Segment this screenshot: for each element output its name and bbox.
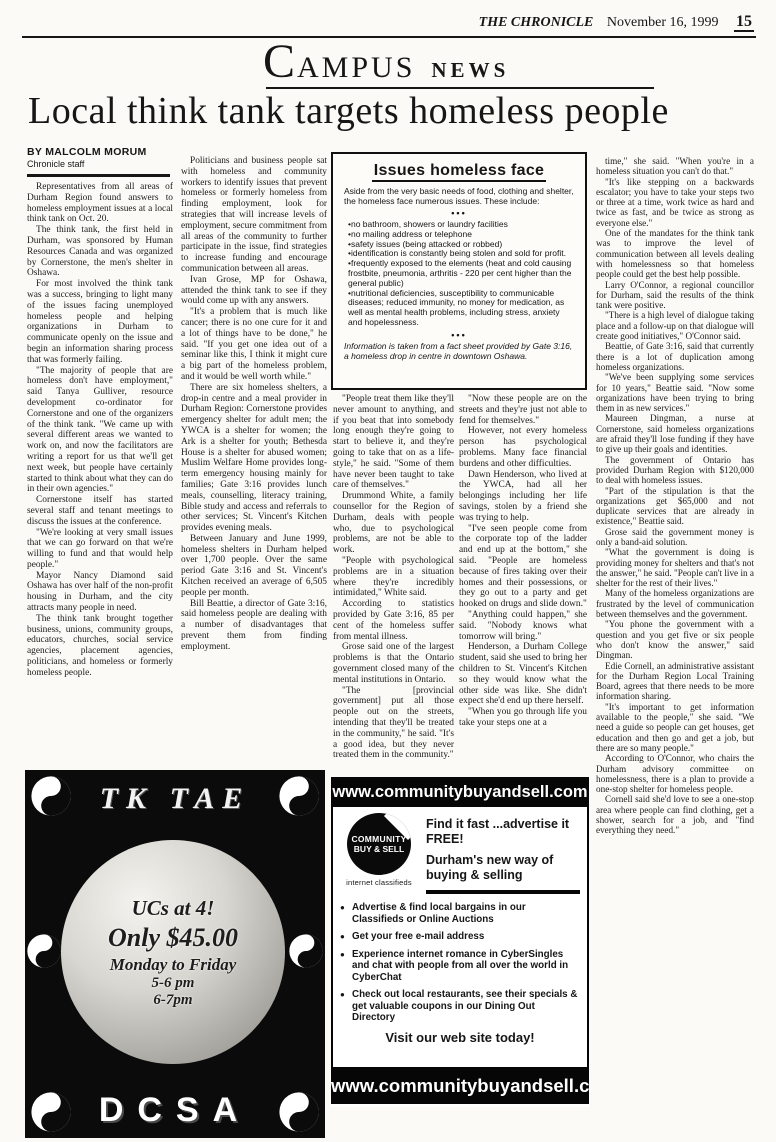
issues-box-intro: Aside from the very basic needs of food,… <box>344 186 574 206</box>
ad-bullet: Get your free e-mail address <box>340 931 580 943</box>
dcsa-ad-title: TK TAE <box>25 782 325 816</box>
ad-url-banner-top: www.communitybuyandsell.com <box>331 777 589 807</box>
communitybuyandsell-ad: www.communitybuyandsell.com COMMUNITY BU… <box>331 777 589 1107</box>
paragraph: According to statistics provided by Gate… <box>333 599 454 642</box>
paper-name: THE CHRONICLE <box>479 15 594 30</box>
paragraph: According to O'Connor, who chairs the Du… <box>596 753 754 794</box>
paragraph: Representatives from all areas of Durham… <box>27 182 173 225</box>
logo-caption: internet classifieds <box>340 878 418 887</box>
paragraph: There are six homeless shelters, a drop-… <box>181 383 327 534</box>
article-column-4: "Now these people are on the streets and… <box>459 394 587 766</box>
paragraph: "There is a high level of dialogue takin… <box>596 310 754 341</box>
paragraph: Mayor Nancy Diamond said Oshawa has over… <box>27 571 173 614</box>
masthead-rule <box>266 87 654 89</box>
paragraph: Cornell said she'd love to see a one-sto… <box>596 794 754 835</box>
ad-body: COMMUNITY BUY & SELL internet classified… <box>331 807 589 1067</box>
issue-date: November 16, 1999 <box>607 15 719 30</box>
paragraph: Larry O'Connor, a regional councillor fo… <box>596 280 754 311</box>
dcsa-ad-circle: UCs at 4!Only $45.00Monday to Friday5-6 … <box>61 840 285 1064</box>
byline-role: Chronicle staff <box>27 159 147 169</box>
paragraph: Henderson, a Durham College student, sai… <box>459 642 587 707</box>
paragraph: Many of the homeless organizations are f… <box>596 588 754 619</box>
section-word: AMPUS <box>297 51 415 84</box>
paragraph: For most involved the think tank was a s… <box>27 279 173 365</box>
paragraph: "Part of the stipulation is that the org… <box>596 486 754 527</box>
issues-divider: ••• <box>342 208 576 218</box>
paragraph: Grose said the government money is only … <box>596 527 754 548</box>
section-word-news: NEWS <box>431 58 509 82</box>
paragraph: Dawn Henderson, who lived at the YWCA, h… <box>459 470 587 524</box>
paragraph: "Anything could happen," she said. "Nobo… <box>459 610 587 642</box>
ad-headline-rule <box>426 890 580 894</box>
paragraph: "We're looking at very small issues that… <box>27 528 173 571</box>
header-rule <box>22 36 756 38</box>
paragraph: Bill Beattie, a director of Gate 3:16, s… <box>181 599 327 653</box>
paragraph: The think tank brought together business… <box>27 614 173 679</box>
byline-author: BY MALCOLM MORUM <box>27 146 147 158</box>
ad-headline-1: Find it fast ...advertise it FREE! <box>426 817 580 847</box>
paragraph: "I've seen people come from the corporat… <box>459 524 587 610</box>
paragraph: However, not every homeless person has p… <box>459 426 587 469</box>
page-header: THE CHRONICLE November 16, 1999 15 <box>479 13 754 31</box>
paragraph: Edie Cornell, an administrative assistan… <box>596 661 754 702</box>
article-column-2: Politicians and business people sat with… <box>181 156 327 766</box>
yin-yang-icon <box>27 934 61 968</box>
paragraph: "You phone the government with a questio… <box>596 619 754 660</box>
paragraph: "The majority of people that are homeles… <box>27 366 173 496</box>
newspaper-page: THE CHRONICLE November 16, 1999 15 CAMPU… <box>0 0 776 1142</box>
issues-sidebar-box: Issues homeless face Aside from the very… <box>331 152 587 390</box>
paragraph: The government of Ontario has provided D… <box>596 455 754 486</box>
ad-bullet-list: Advertise & find local bargains in our C… <box>340 902 580 1024</box>
dcsa-circle-line: Only $45.00 <box>108 923 238 953</box>
paragraph: "When you go through life you take your … <box>459 707 587 729</box>
dcsa-circle-line: 6-7pm <box>153 992 192 1009</box>
dcsa-org-name: DCSA <box>25 1091 325 1130</box>
paragraph: "Now these people are on the streets and… <box>459 394 587 426</box>
ad-headlines: Find it fast ...advertise it FREE! Durha… <box>418 813 580 894</box>
dcsa-circle-line: UCs at 4! <box>132 896 215 921</box>
byline-rule <box>27 174 170 177</box>
paragraph: "It's like stepping on a backwards escal… <box>596 177 754 228</box>
ad-bullet: Advertise & find local bargains in our C… <box>340 902 580 925</box>
article-column-1: Representatives from all areas of Durham… <box>27 182 173 766</box>
issues-bullet: •nutritional deficiencies, susceptibilit… <box>348 289 576 328</box>
ad-bullet: Experience internet romance in CyberSing… <box>340 949 580 984</box>
logo-text-line1: COMMUNITY <box>351 834 406 844</box>
paragraph: "It's important to get information avail… <box>596 702 754 753</box>
paragraph: One of the mandates for the think tank w… <box>596 228 754 279</box>
paragraph: Ivan Grose, MP for Oshawa, attended the … <box>181 275 327 307</box>
byline: BY MALCOLM MORUM Chronicle staff <box>27 146 147 169</box>
paragraph: "What the government is doing is providi… <box>596 547 754 588</box>
issues-divider: ••• <box>342 330 576 340</box>
issues-box-title: Issues homeless face <box>372 162 547 182</box>
paragraph: "We've been supplying some services for … <box>596 372 754 413</box>
paragraph: "People treat them like they'll never am… <box>333 394 454 491</box>
paragraph: The think tank, the first held in Durham… <box>27 225 173 279</box>
article-column-3: "People treat them like they'll never am… <box>333 394 454 766</box>
paragraph: Maureen Dingman, a nurse at Cornerstone,… <box>596 413 754 454</box>
ad-url-banner-bottom: www.communitybuyandsell.com <box>331 1067 589 1104</box>
yin-yang-icon <box>289 934 323 968</box>
issues-box-title-row: Issues homeless face <box>342 162 576 180</box>
issues-bullet: •frequently exposed to the elements (hea… <box>348 259 576 288</box>
paragraph: "It's a problem that is much like cancer… <box>181 307 327 383</box>
article-column-5: time," she said. "When you're in a homel… <box>596 156 754 1090</box>
paragraph: "The [provincial government] put all tho… <box>333 686 454 762</box>
section-masthead: CAMPUS NEWS <box>263 40 509 85</box>
ad-cta: Visit our web site today! <box>340 1030 580 1045</box>
paragraph: Grose said one of the largest problems i… <box>333 642 454 685</box>
logo-text-line2: BUY & SELL <box>354 844 404 854</box>
community-buy-sell-logo-icon: COMMUNITY BUY & SELL <box>347 813 411 875</box>
issues-footnote: Information is taken from a fact sheet p… <box>344 342 574 362</box>
paragraph: Politicians and business people sat with… <box>181 156 327 275</box>
paragraph: Cornerstone itself has started several s… <box>27 495 173 527</box>
article-headline: Local think tank targets homeless people <box>28 90 760 132</box>
ad-bullet: Check out local restaurants, see their s… <box>340 989 580 1024</box>
dcsa-circle-line: Monday to Friday <box>110 955 237 975</box>
ad-headline-2: Durham's new way of buying & selling <box>426 853 580 883</box>
section-initial: C <box>263 35 297 88</box>
ad-logo: COMMUNITY BUY & SELL internet classified… <box>340 813 418 894</box>
paragraph: Drummond White, a family counsellor for … <box>333 491 454 556</box>
paragraph: time," she said. "When you're in a homel… <box>596 156 754 177</box>
page-number: 15 <box>734 13 754 32</box>
dcsa-ad: TK TAE UCs at 4!Only $45.00Monday to Fri… <box>25 770 325 1138</box>
paragraph: "People with psychological problems are … <box>333 556 454 599</box>
paragraph: Beattie, of Gate 3:16, said that current… <box>596 341 754 372</box>
paragraph: Between January and June 1999, homeless … <box>181 534 327 599</box>
issues-bullet-list: •no bathroom, showers or laundry facilit… <box>348 220 576 328</box>
dcsa-circle-line: 5-6 pm <box>152 975 195 992</box>
